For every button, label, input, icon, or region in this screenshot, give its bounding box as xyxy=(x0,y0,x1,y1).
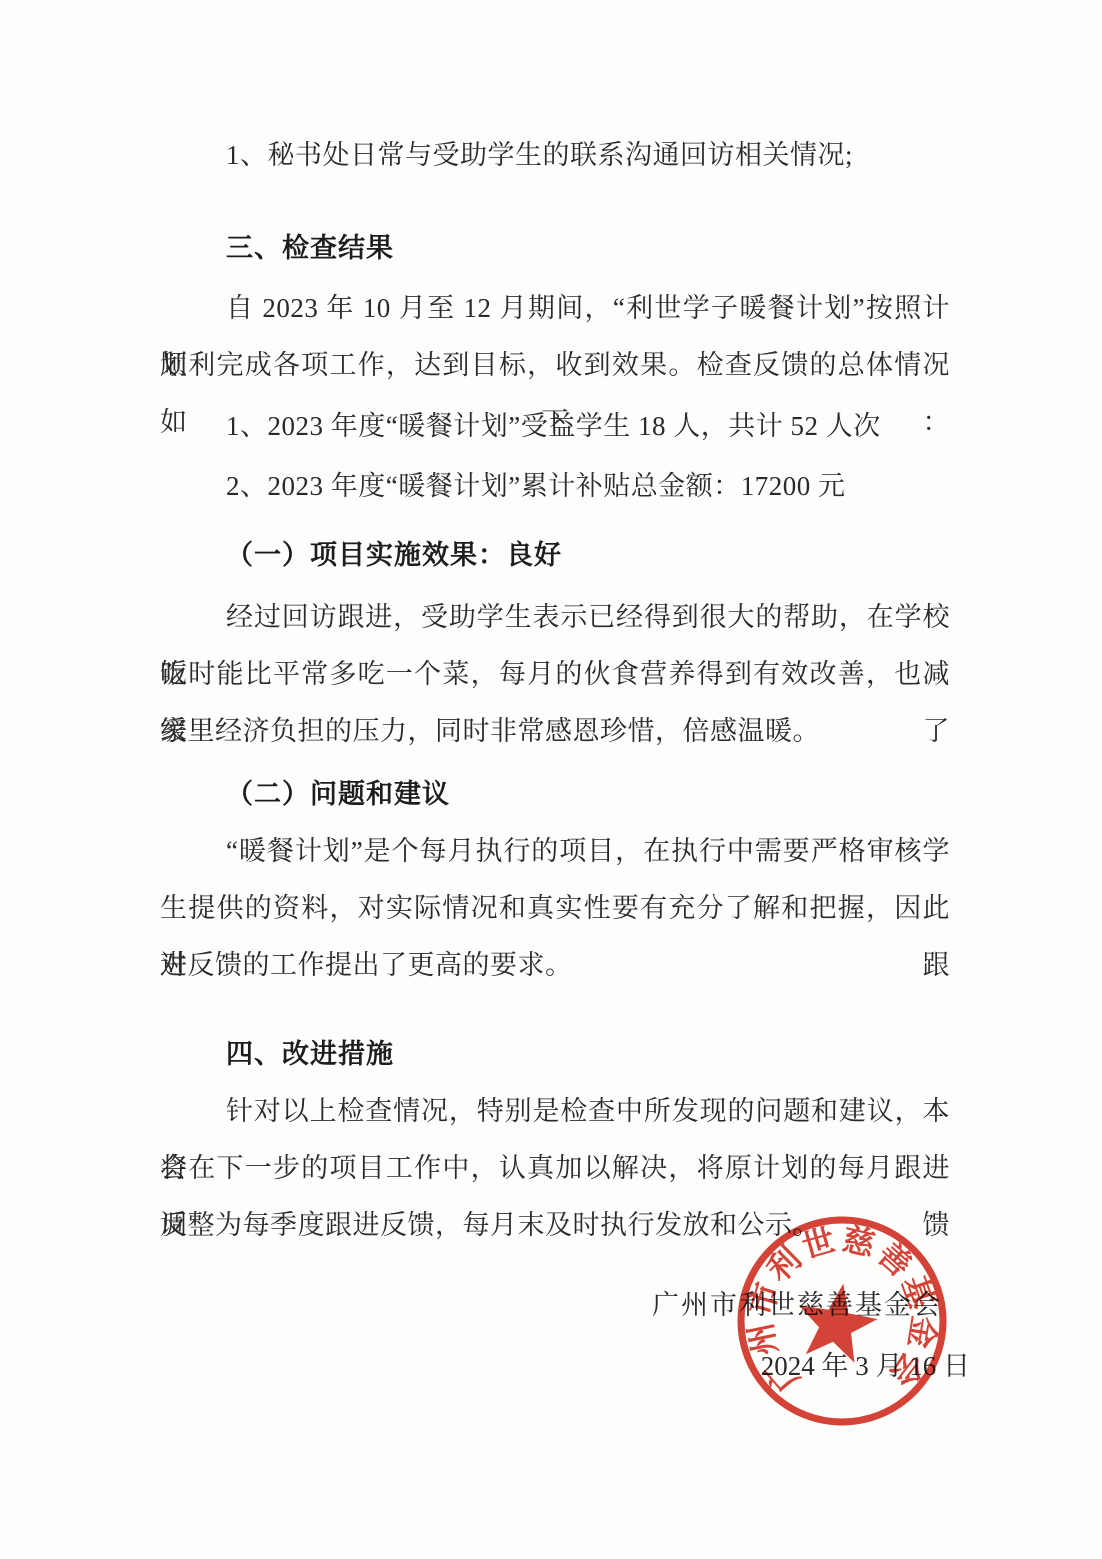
subsection-heading-one: （一）项目实施效果：良好 xyxy=(160,527,950,584)
list-item: 2、2023 年度“暖餐计划”累计补贴总金额：17200 元 xyxy=(160,458,950,515)
paragraph-line: 生提供的资料，对实际情况和真实性要有充分了解和把握，因此对跟 xyxy=(160,880,950,937)
paragraph-line: 将在下一步的项目工作中，认真加以解决，将原计划的每月跟进反馈 xyxy=(160,1140,950,1197)
signature-date: 2024 年 3 月 16 日 xyxy=(160,1338,970,1395)
section-heading-three: 三、检查结果 xyxy=(160,220,950,277)
paragraph-line: 顺利完成各项工作，达到目标，收到效果。检查反馈的总体情况如下： xyxy=(160,337,950,394)
scanned-report-page: 1、秘书处日常与受助学生的联系沟通回访相关情况; 三、检查结果 自 2023 年… xyxy=(0,0,1102,1559)
paragraph-line: 饭时能比平常多吃一个菜，每月的伙食营养得到有效改善，也减缓了 xyxy=(160,646,950,703)
signature-organization: 广州市利世慈善基金会 xyxy=(160,1277,942,1334)
list-item: 1、秘书处日常与受助学生的联系沟通回访相关情况; xyxy=(160,127,950,184)
paragraph-line: 自 2023 年 10 月至 12 月期间，“利世学子暖餐计划”按照计划 xyxy=(160,280,950,337)
paragraph-line: 针对以上检查情况，特别是检查中所发现的问题和建议，本会 xyxy=(160,1083,950,1140)
section-heading-four: 四、改进措施 xyxy=(160,1026,950,1083)
list-item: 1、2023 年度“暖餐计划”受益学生 18 人，共计 52 人次 xyxy=(160,398,950,455)
paragraph-line: 经过回访跟进，受助学生表示已经得到很大的帮助，在学校吃 xyxy=(160,589,950,646)
subsection-heading-two: （二）问题和建议 xyxy=(160,766,950,823)
document-body: 1、秘书处日常与受助学生的联系沟通回访相关情况; 三、检查结果 自 2023 年… xyxy=(160,127,950,1395)
paragraph-line: “暖餐计划”是个每月执行的项目，在执行中需要严格审核学 xyxy=(160,823,950,880)
